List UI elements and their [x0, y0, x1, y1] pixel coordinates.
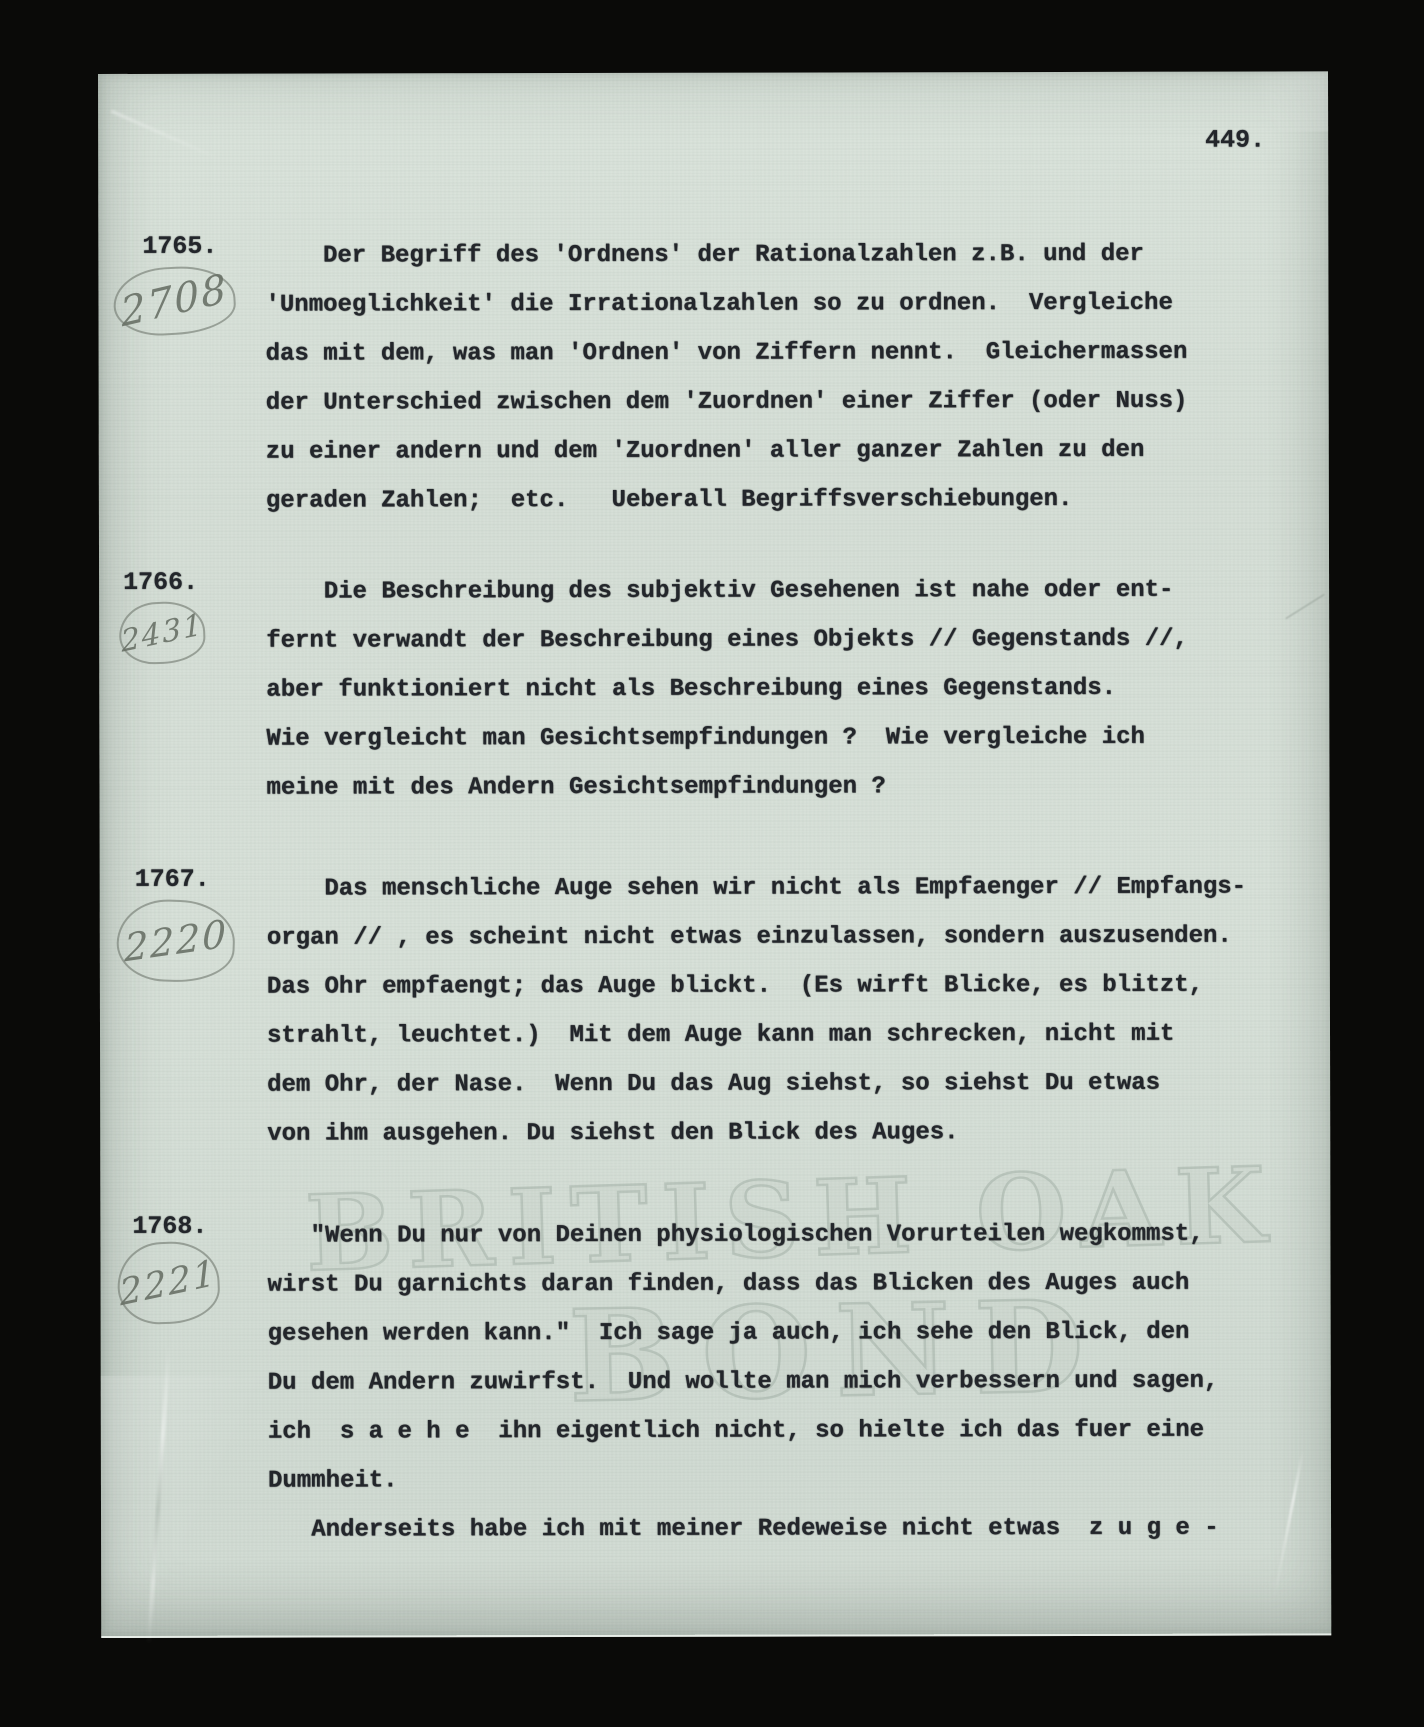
paper-corner-fold: [101, 1376, 292, 1636]
remark-section-1765: 1765.2708 Der Begriff des 'Ordnens' der …: [98, 229, 1328, 232]
text-line: organ // , es scheint nicht etwas einzul…: [267, 912, 1246, 963]
remark-section-1768: 1768.2221 "Wenn Du nur von Deinen physio…: [100, 1209, 1330, 1212]
text-line: gesehen werden kann." Ich sage ja auch, …: [268, 1308, 1219, 1359]
text-line: Der Begriff des 'Ordnens' der Rationalza…: [265, 230, 1187, 281]
text-line: meine mit des Andern Gesichtsempfindunge…: [266, 762, 1188, 813]
text-line: 'Unmoeglichkeit' die Irrationalzahlen so…: [265, 279, 1187, 330]
page-number: 449.: [1205, 126, 1265, 155]
text-line: zu einer andern und dem 'Zuordnen' aller…: [266, 426, 1188, 477]
text-line: Wie vergleicht man Gesichtsempfindungen …: [266, 713, 1188, 764]
document-page: BRITISH OAK BOND 449. 1765.2708 Der Begr…: [98, 71, 1331, 1638]
pencil-annotation-circle: 2431: [118, 600, 206, 665]
remark-text: "Wenn Du nur von Deinen physiologischen …: [267, 1210, 1218, 1555]
remark-number: 1765.: [142, 232, 217, 261]
typescript-body: 1765.2708 Der Begriff des 'Ordnens' der …: [98, 71, 1328, 74]
remark-section-1766: 1766.2431 Die Beschreibung des subjektiv…: [99, 565, 1329, 568]
scan-background: BRITISH OAK BOND 449. 1765.2708 Der Begr…: [0, 0, 1424, 1727]
paper-corner-fold: [1238, 71, 1328, 131]
text-line: der Unterschied zwischen dem 'Zuordnen' …: [266, 377, 1188, 428]
pencil-annotation-number: 2221: [118, 1252, 218, 1314]
text-line: wirst Du garnichts daran finden, dass da…: [267, 1259, 1218, 1310]
pencil-annotation-number: 2220: [124, 911, 228, 970]
text-line: "Wenn Du nur von Deinen physiologischen …: [267, 1210, 1218, 1261]
text-line: strahlt, leuchtet.) Mit dem Auge kann ma…: [267, 1010, 1246, 1061]
text-line: das mit dem, was man 'Ordnen' von Ziffer…: [266, 328, 1188, 379]
text-line: fernt verwandt der Beschreibung eines Ob…: [266, 615, 1188, 666]
text-line: Die Beschreibung des subjektiv Gesehenen…: [266, 566, 1188, 617]
remark-number: 1768.: [132, 1212, 207, 1241]
pencil-annotation-number: 2431: [120, 606, 205, 659]
paper-crease: [147, 1344, 171, 1644]
remark-number: 1767.: [135, 865, 210, 894]
pencil-annotation-number: 2708: [119, 265, 230, 336]
text-line: Das Ohr empfaengt; das Auge blickt. (Es …: [267, 961, 1246, 1012]
text-line: geraden Zahlen; etc. Ueberall Begriffsve…: [266, 475, 1188, 526]
text-line: ich s a e h e ihn eigentlich nicht, so h…: [268, 1406, 1219, 1457]
text-line: Anderseits habe ich mit meiner Redeweise…: [268, 1504, 1219, 1555]
text-line: von ihm ausgehen. Du siehst den Blick de…: [267, 1108, 1246, 1159]
remark-text: Das menschliche Auge sehen wir nicht als…: [267, 863, 1247, 1159]
pencil-annotation-circle: 2708: [112, 264, 238, 339]
pencil-annotation-circle: 2220: [116, 898, 237, 984]
text-line: aber funktioniert nicht als Beschreibung…: [266, 664, 1188, 715]
pencil-annotation-circle: 2221: [116, 1240, 221, 1326]
text-line: Dummheit.: [268, 1455, 1219, 1506]
text-line: Du dem Andern zuwirfst. Und wollte man m…: [268, 1357, 1219, 1408]
paper-crease: [111, 110, 222, 161]
remark-text: Der Begriff des 'Ordnens' der Rationalza…: [265, 230, 1187, 526]
remark-section-1767: 1767.2220 Das menschliche Auge sehen wir…: [100, 862, 1330, 865]
pencil-mark: [1285, 593, 1325, 619]
text-line: Das menschliche Auge sehen wir nicht als…: [267, 863, 1246, 914]
text-line: dem Ohr, der Nase. Wenn Du das Aug siehs…: [267, 1059, 1246, 1110]
remark-number: 1766.: [123, 568, 198, 597]
remark-text: Die Beschreibung des subjektiv Gesehenen…: [266, 566, 1188, 813]
paper-crease: [1273, 1451, 1304, 1599]
